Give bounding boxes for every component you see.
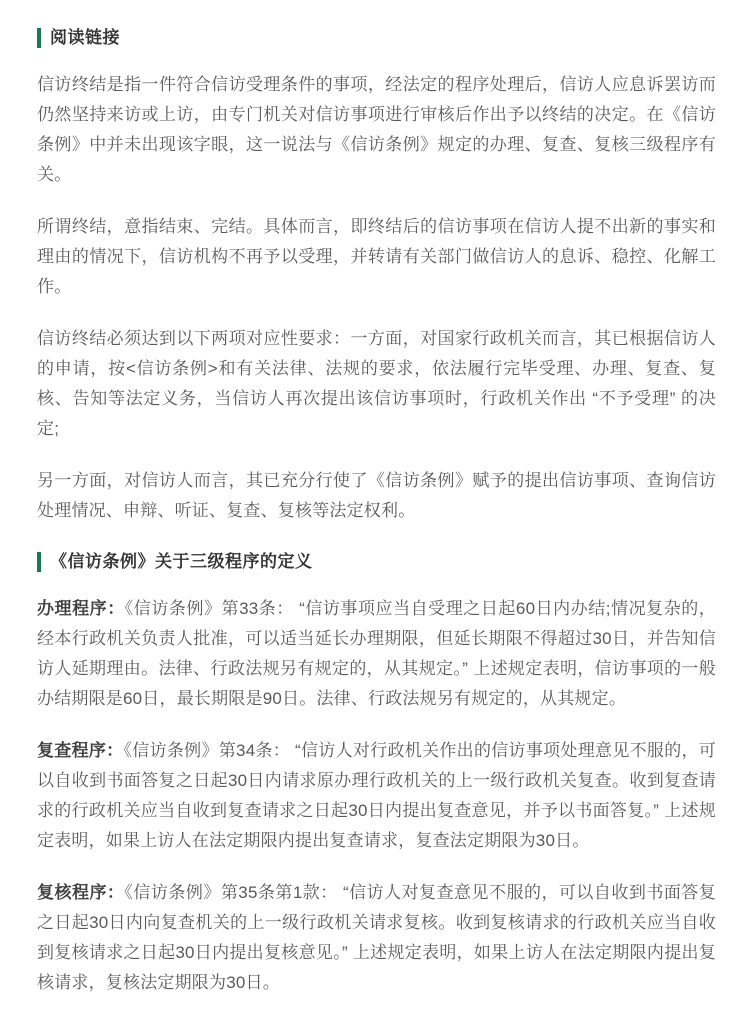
paragraph-termination-definition: 信访终结是指一件符合信访受理条件的事项，经法定的程序处理后，信访人应息诉罢访而仍… (37, 70, 716, 190)
section-heading-label: 《信访条例》关于三级程序的定义 (50, 552, 313, 571)
section-heading-three-level-procedures: 《信访条例》关于三级程序的定义 (37, 552, 716, 572)
section-heading-reading-link: 阅读链接 (37, 28, 716, 48)
paragraph-recheck-procedure: 复核程序：《信访条例》第35条第1款： “信访人对复查意见不服的，可以自收到书面… (37, 878, 716, 998)
paragraph-review-procedure: 复查程序：《信访条例》第34条： “信访人对行政机关作出的信访事项处理意见不服的… (37, 736, 716, 856)
paragraph-lead-label: 复核程序： (37, 883, 124, 902)
paragraph-text: 《信访条例》第35条第1款： “信访人对复查意见不服的，可以自收到书面答复之日起… (37, 883, 716, 992)
paragraph-text: 信访终结是指一件符合信访受理条件的事项，经法定的程序处理后，信访人应息诉罢访而仍… (37, 75, 716, 184)
paragraph-lead-label: 办理程序： (37, 599, 125, 618)
paragraph-requirement-agency: 信访终结必须达到以下两项对应性要求：一方面，对国家行政机关而言，其已根据信访人的… (37, 324, 716, 444)
paragraph-text: 信访终结必须达到以下两项对应性要求：一方面，对国家行政机关而言，其已根据信访人的… (37, 329, 716, 438)
article-body: 阅读链接 信访终结是指一件符合信访受理条件的事项，经法定的程序处理后，信访人应息… (0, 0, 753, 1010)
paragraph-text: 《信访条例》第33条： “信访事项应当自受理之日起60日内办结;情况复杂的，经本… (37, 599, 716, 708)
section-heading-label: 阅读链接 (50, 28, 120, 47)
paragraph-text: 另一方面，对信访人而言，其已充分行使了《信访条例》赋予的提出信访事项、查询信访处… (37, 471, 716, 520)
paragraph-lead-label: 复查程序： (37, 741, 123, 760)
paragraph-handling-procedure: 办理程序：《信访条例》第33条： “信访事项应当自受理之日起60日内办结;情况复… (37, 594, 716, 714)
paragraph-termination-meaning: 所谓终结，意指结束、完结。具体而言，即终结后的信访事项在信访人提不出新的事实和理… (37, 212, 716, 302)
paragraph-requirement-petitioner: 另一方面，对信访人而言，其已充分行使了《信访条例》赋予的提出信访事项、查询信访处… (37, 466, 716, 526)
paragraph-text: 所谓终结，意指结束、完结。具体而言，即终结后的信访事项在信访人提不出新的事实和理… (37, 217, 716, 296)
paragraph-text: 《信访条例》第34条： “信访人对行政机关作出的信访事项处理意见不服的，可以自收… (37, 741, 716, 850)
